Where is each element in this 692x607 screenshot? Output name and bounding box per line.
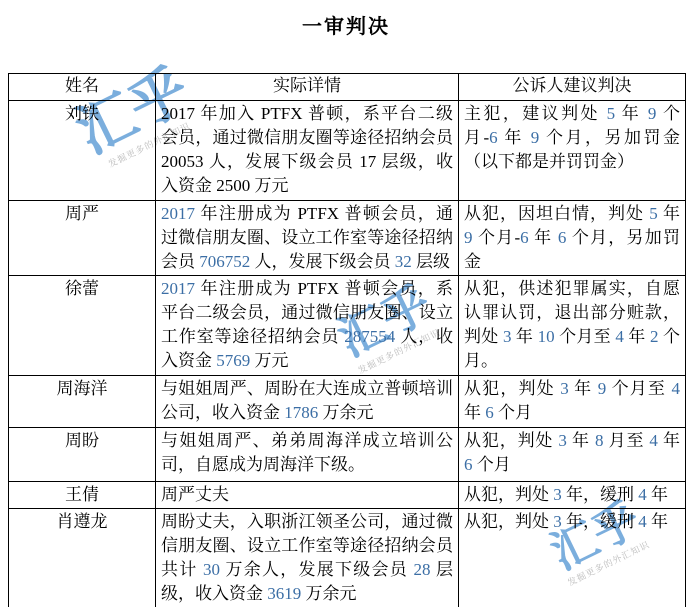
name-cell: 周盼 — [9, 428, 156, 482]
name-cell: 肖遵龙 — [9, 509, 156, 607]
name-cell: 周严 — [9, 201, 156, 276]
verdict-cell: 从犯，供述犯罪属实，自愿认罪认罚，退出部分赃款，判处 3 年 10 个月至 4 … — [459, 276, 686, 376]
details-cell: 2017 年加入 PTFX 普顿，系平台二级会员，通过微信朋友圈等途径招纳会员 … — [156, 101, 459, 201]
table-row: 肖遵龙 周盼丈夫，入职浙江领圣公司，通过微信朋友圈、设立工作室等途径招纳会员共计… — [9, 509, 686, 607]
verdict-cell: 主犯，建议判处 5 年 9 个月-6 年 9 个月，另加罚金（以下都是并罚罚金） — [459, 101, 686, 201]
name-cell: 周海洋 — [9, 376, 156, 428]
name-cell: 刘铁 — [9, 101, 156, 201]
header-name: 姓名 — [9, 74, 156, 101]
page-title: 一审判决 — [0, 10, 692, 39]
verdict-cell: 从犯，判处 3 年，缓刑 4 年 — [459, 482, 686, 509]
table-row: 周海洋 与姐姐周严、周盼在大连成立普顿培训公司，收入资金 1786 万余元 从犯… — [9, 376, 686, 428]
header-details: 实际详情 — [156, 74, 459, 101]
verdict-cell: 从犯，判处 3 年 8 月至 4 年 6 个月 — [459, 428, 686, 482]
table-row: 周严 2017 年注册成为 PTFX 普顿会员，通过微信朋友圈、设立工作室等途径… — [9, 201, 686, 276]
table-row: 王倩 周严丈夫 从犯，判处 3 年，缓刑 4 年 — [9, 482, 686, 509]
verdict-cell: 从犯，判处 3 年，缓刑 4 年 — [459, 509, 686, 607]
verdict-cell: 从犯，判处 3 年 9 个月至 4 年 6 个月 — [459, 376, 686, 428]
header-verdict: 公诉人建议判决 — [459, 74, 686, 101]
table-header-row: 姓名 实际详情 公诉人建议判决 — [9, 74, 686, 101]
verdict-table: 姓名 实际详情 公诉人建议判决 刘铁 2017 年加入 PTFX 普顿，系平台二… — [8, 73, 686, 607]
table-row: 徐蕾 2017 年注册成为 PTFX 普顿会员，系平台二级会员，通过微信朋友圈、… — [9, 276, 686, 376]
details-cell: 与姐姐周严、弟弟周海洋成立培训公司，自愿成为周海洋下级。 — [156, 428, 459, 482]
table-row: 刘铁 2017 年加入 PTFX 普顿，系平台二级会员，通过微信朋友圈等途径招纳… — [9, 101, 686, 201]
details-cell: 周盼丈夫，入职浙江领圣公司，通过微信朋友圈、设立工作室等途径招纳会员共计 30 … — [156, 509, 459, 607]
details-cell: 2017 年注册成为 PTFX 普顿会员，通过微信朋友圈、设立工作室等途径招纳会… — [156, 201, 459, 276]
details-cell: 周严丈夫 — [156, 482, 459, 509]
details-cell: 2017 年注册成为 PTFX 普顿会员，系平台二级会员，通过微信朋友圈、设立工… — [156, 276, 459, 376]
details-cell: 与姐姐周严、周盼在大连成立普顿培训公司，收入资金 1786 万余元 — [156, 376, 459, 428]
verdict-cell: 从犯，因坦白情，判处 5 年 9 个月-6 年 6 个月，另加罚金 — [459, 201, 686, 276]
document-page: 一审判决 汇乎 发掘更多的外汇知识 汇乎 发掘更多的外汇知识 汇乎 发掘更多的外… — [0, 0, 692, 607]
name-cell: 王倩 — [9, 482, 156, 509]
name-cell: 徐蕾 — [9, 276, 156, 376]
table-row: 周盼 与姐姐周严、弟弟周海洋成立培训公司，自愿成为周海洋下级。 从犯，判处 3 … — [9, 428, 686, 482]
